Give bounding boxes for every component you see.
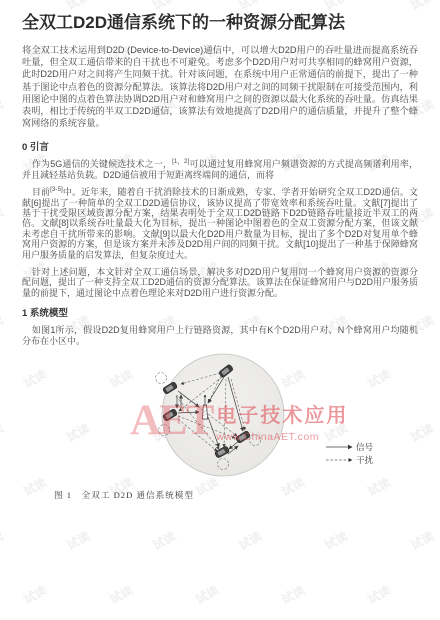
model-paragraph-1: 如图1所示，假设D2D复用蜂窝用户上行链路资源，其中有K个D2D用户对、N个蜂窝… — [22, 325, 418, 346]
citation-superscript: [3-5] — [50, 186, 63, 193]
figure-legend: 信号 干扰 — [326, 442, 374, 465]
figure-1-system-model: 信号 干扰 AET 电子技术应用 www.ChinaAET.com — [128, 353, 380, 485]
paper-content: 全双工D2D通信系统下的一种资源分配算法 将全双工技术运用到D2D (Devic… — [0, 0, 440, 620]
self-interference-loop — [156, 373, 167, 384]
legend-interference-label: 干扰 — [356, 455, 374, 465]
paper-title: 全双工D2D通信系统下的一种资源分配算法 — [22, 13, 418, 33]
citation-superscript: [1，2] — [172, 158, 189, 165]
paragraph-text: 中。近年来，随着自干扰消除技术的日渐成熟，专家、学者开始研究全双工D2D通信。文… — [22, 187, 418, 259]
paragraph-text: 针对上述问题，本文针对全双工通信场景，解决多对D2D用户复用同一个蜂窝用户资源的… — [22, 267, 418, 298]
intro-paragraph-1: 作为5G通信的关键候选技术之一，[1，2]可以通过复用蜂窝用户频谱资源的方式提高… — [22, 159, 418, 180]
paper-page: 试读试读试读试读试读试读试读试读试读试读试读试读试读试读试读试读试读试读试读试读… — [0, 0, 440, 620]
abstract-text: 将全双工技术运用到D2D (Device-to-Device)通信中，可以增大D… — [22, 44, 418, 129]
paragraph-text: 作为5G通信的关键候选技术之一， — [32, 159, 172, 169]
paragraph-text: 目前 — [32, 187, 50, 197]
intro-paragraph-2: 目前[3-5]中。近年来，随着自干扰消除技术的日渐成熟，专家、学者开始研究全双工… — [22, 187, 418, 260]
intro-paragraph-3: 针对上述问题，本文针对全双工通信场景，解决多对D2D用户复用同一个蜂窝用户资源的… — [22, 267, 418, 298]
legend-signal-label: 信号 — [356, 442, 374, 452]
figure-1-caption: 图 1 全双工 D2D 通信系统模型 — [22, 489, 226, 501]
paragraph-text: 如图1所示，假设D2D复用蜂窝用户上行链路资源，其中有K个D2D用户对、N个蜂窝… — [22, 325, 418, 345]
figure-1-diagram: 信号 干扰 — [128, 353, 380, 485]
section-heading-introduction: 0 引言 — [22, 139, 418, 153]
section-heading-system-model: 1 系统模型 — [22, 305, 418, 319]
